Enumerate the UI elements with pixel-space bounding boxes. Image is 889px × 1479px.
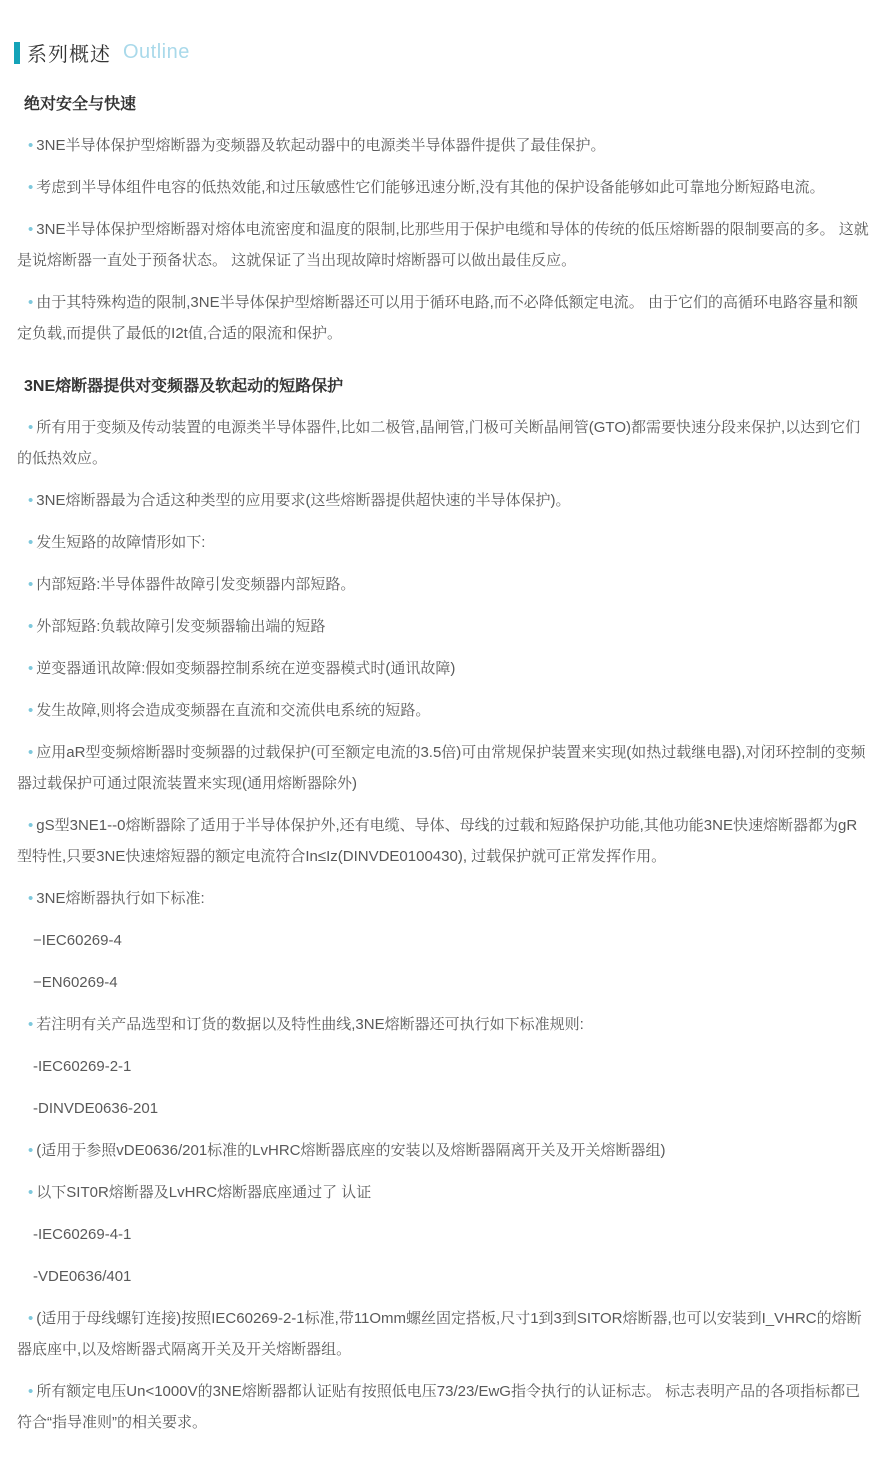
section-heading: 绝对安全与快速 xyxy=(24,91,871,114)
bullet-item: •考虑到半导体组件电容的低热效能,和过压敏感性它们能够迅速分断,没有其他的保护设… xyxy=(17,172,871,203)
bullet-icon: • xyxy=(28,221,33,238)
bullet-icon: • xyxy=(28,890,33,907)
bullet-item: •3NE熔断器最为合适这种类型的应用要求(这些熔断器提供超快速的半导体保护)。 xyxy=(17,485,871,516)
content-sections: 绝对安全与快速•3NE半导体保护型熔断器为变频器及软起动器中的电源类半导体器件提… xyxy=(17,91,871,1438)
document-page: 系列概述 Outline 绝对安全与快速•3NE半导体保护型熔断器为变频器及软起… xyxy=(0,0,889,1479)
item-text: (适用于母线螺钉连接)按照IEC60269-2-1标准,带11Omm螺丝固定搭板… xyxy=(17,1310,862,1358)
item-text: -VDE0636/401 xyxy=(33,1268,131,1285)
page-title: 系列概述 xyxy=(27,38,111,67)
standard-line: −EN60269-4 xyxy=(17,967,871,998)
bullet-item: •所有用于变频及传动装置的电源类半导体器件,比如二极管,晶闸管,门极可关断晶闸管… xyxy=(17,412,871,474)
bullet-item: •3NE半导体保护型熔断器为变频器及软起动器中的电源类半导体器件提供了最佳保护。 xyxy=(17,130,871,161)
bullet-item: •发生故障,则将会造成变频器在直流和交流供电系统的短路。 xyxy=(17,695,871,726)
item-text: 考虑到半导体组件电容的低热效能,和过压敏感性它们能够迅速分断,没有其他的保护设备… xyxy=(36,179,824,196)
standard-line: -IEC60269-2-1 xyxy=(17,1051,871,1082)
bullet-item: •逆变器通讯故障:假如变频器控制系统在逆变器模式时(通讯故障) xyxy=(17,653,871,684)
item-text: 所有额定电压Un<1000V的3NE熔断器都认证贴有按照低电压73/23/EwG… xyxy=(17,1383,860,1431)
page-subtitle: Outline xyxy=(123,41,190,64)
item-text: 逆变器通讯故障:假如变频器控制系统在逆变器模式时(通讯故障) xyxy=(36,660,455,677)
standard-line: -VDE0636/401 xyxy=(17,1261,871,1292)
bullet-icon: • xyxy=(28,179,33,196)
bullet-icon: • xyxy=(28,294,33,311)
bullet-icon: • xyxy=(28,492,33,509)
standard-line: −IEC60269-4 xyxy=(17,925,871,956)
item-text: 应用aR型变频熔断器时变频器的过载保护(可至额定电流的3.5倍)可由常规保护装置… xyxy=(17,744,865,792)
item-text: 3NE熔断器最为合适这种类型的应用要求(这些熔断器提供超快速的半导体保护)。 xyxy=(36,492,570,509)
bullet-icon: • xyxy=(28,744,33,761)
item-text: 发生故障,则将会造成变频器在直流和交流供电系统的短路。 xyxy=(36,702,430,719)
bullet-icon: • xyxy=(28,618,33,635)
bullet-item: •若注明有关产品选型和订货的数据以及特性曲线,3NE熔断器还可执行如下标准规则: xyxy=(17,1009,871,1040)
bullet-item: •外部短路:负载故障引发变频器输出端的短路 xyxy=(17,611,871,642)
page-title-row: 系列概述 Outline xyxy=(14,38,871,67)
bullet-item: •(适用于参照vDE0636/201标准的LvHRC熔断器底座的安装以及熔断器隔… xyxy=(17,1135,871,1166)
bullet-icon: • xyxy=(28,702,33,719)
item-text: 所有用于变频及传动装置的电源类半导体器件,比如二极管,晶闸管,门极可关断晶闸管(… xyxy=(17,419,860,467)
standard-line: -DINVDE0636-201 xyxy=(17,1093,871,1124)
item-text: 3NE熔断器执行如下标准: xyxy=(36,890,204,907)
item-text: -IEC60269-2-1 xyxy=(33,1058,131,1075)
item-text: 外部短路:负载故障引发变频器输出端的短路 xyxy=(36,618,325,635)
bullet-item: •gS型3NE1--0熔断器除了适用于半导体保护外,还有电缆、导体、母线的过载和… xyxy=(17,810,871,872)
bullet-icon: • xyxy=(28,1310,33,1327)
bullet-item: •内部短路:半导体器件故障引发变频器内部短路。 xyxy=(17,569,871,600)
bullet-icon: • xyxy=(28,534,33,551)
item-text: 内部短路:半导体器件故障引发变频器内部短路。 xyxy=(36,576,355,593)
bullet-item: •由于其特殊构造的限制,3NE半导体保护型熔断器还可以用于循环电路,而不必降低额… xyxy=(17,287,871,349)
bullet-icon: • xyxy=(28,419,33,436)
item-text: -IEC60269-4-1 xyxy=(33,1226,131,1243)
bullet-icon: • xyxy=(28,1383,33,1400)
item-text: 以下SIT0R熔断器及LvHRC熔断器底座通过了 认证 xyxy=(36,1184,371,1201)
item-text: 3NE半导体保护型熔断器为变频器及软起动器中的电源类半导体器件提供了最佳保护。 xyxy=(36,137,605,154)
item-text: 发生短路的故障情形如下: xyxy=(36,534,205,551)
bullet-icon: • xyxy=(28,1016,33,1033)
item-text: -DINVDE0636-201 xyxy=(33,1100,158,1117)
standard-line: -IEC60269-4-1 xyxy=(17,1219,871,1250)
item-text: (适用于参照vDE0636/201标准的LvHRC熔断器底座的安装以及熔断器隔离… xyxy=(36,1142,665,1159)
item-text: gS型3NE1--0熔断器除了适用于半导体保护外,还有电缆、导体、母线的过载和短… xyxy=(17,817,857,865)
section-heading: 3NE熔断器提供对变频器及软起动的短路保护 xyxy=(24,373,871,396)
bullet-icon: • xyxy=(28,576,33,593)
item-text: 由于其特殊构造的限制,3NE半导体保护型熔断器还可以用于循环电路,而不必降低额定… xyxy=(17,294,858,342)
bullet-item: •发生短路的故障情形如下: xyxy=(17,527,871,558)
bullet-icon: • xyxy=(28,1142,33,1159)
bullet-item: •3NE半导体保护型熔断器对熔体电流密度和温度的限制,比那些用于保护电缆和导体的… xyxy=(17,214,871,276)
item-text: −EN60269-4 xyxy=(33,974,118,991)
item-text: 3NE半导体保护型熔断器对熔体电流密度和温度的限制,比那些用于保护电缆和导体的传… xyxy=(17,221,869,269)
bullet-item: •3NE熔断器执行如下标准: xyxy=(17,883,871,914)
bullet-icon: • xyxy=(28,817,33,834)
bullet-item: •(适用于母线螺钉连接)按照IEC60269-2-1标准,带11Omm螺丝固定搭… xyxy=(17,1303,871,1365)
bullet-item: •以下SIT0R熔断器及LvHRC熔断器底座通过了 认证 xyxy=(17,1177,871,1208)
bullet-icon: • xyxy=(28,137,33,154)
bullet-item: •所有额定电压Un<1000V的3NE熔断器都认证贴有按照低电压73/23/Ew… xyxy=(17,1376,871,1438)
item-text: 若注明有关产品选型和订货的数据以及特性曲线,3NE熔断器还可执行如下标准规则: xyxy=(36,1016,584,1033)
bullet-icon: • xyxy=(28,1184,33,1201)
item-text: −IEC60269-4 xyxy=(33,932,122,949)
bullet-icon: • xyxy=(28,660,33,677)
title-accent-bar xyxy=(14,42,20,64)
bullet-item: •应用aR型变频熔断器时变频器的过载保护(可至额定电流的3.5倍)可由常规保护装… xyxy=(17,737,871,799)
